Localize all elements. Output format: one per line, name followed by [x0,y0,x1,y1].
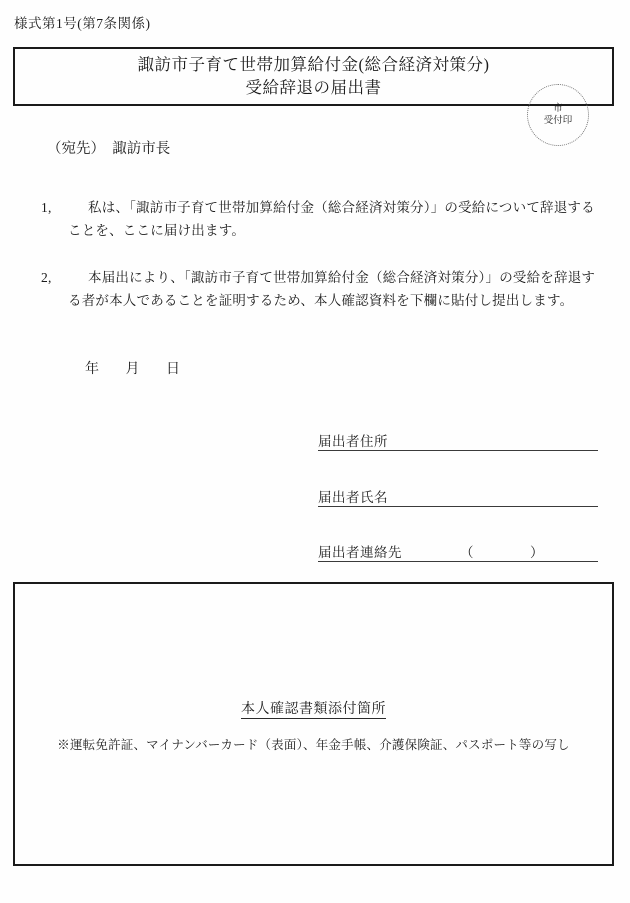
clause-1-number: 1, [41,196,52,219]
addressee-line: （宛先） 諏訪市長 [47,137,170,158]
date-year-label: 年 [85,362,99,377]
field-applicant-contact: 届出者連絡先 （ ） [318,544,598,562]
id-attachment-box: 本人確認書類添付箇所 ※運転免許証、マイナンバーカード（表面）、年金手帳、介護保… [13,582,614,866]
form-page: 様式第1号(第7条関係) 諏訪市子育て世帯加算給付金(総合経済対策分) 受給辞退… [0,0,630,903]
attachment-box-title: 本人確認書類添付箇所 [15,698,612,718]
field-applicant-contact-label: 届出者連絡先 [318,545,402,560]
field-applicant-address-label: 届出者住所 [318,434,388,449]
form-title-line2: 受給辞退の届出書 [15,76,612,99]
field-applicant-name: 届出者氏名 [318,489,598,507]
form-number: 様式第1号(第7条関係) [14,12,151,32]
field-applicant-contact-parens: （ ） [460,544,544,561]
field-applicant-name-label: 届出者氏名 [318,490,388,505]
clause-2: 2,本届出により、「諏訪市子育て世帯加算給付金（総合経済対策分）」の受給を辞退す… [68,266,608,312]
stamp-text-city: 市 [553,103,563,116]
receipt-stamp-circle: 市 受付印 [527,84,589,146]
form-title-line1: 諏訪市子育て世帯加算給付金(総合経済対策分) [15,53,612,76]
attachment-box-note: ※運転免許証、マイナンバーカード（表面）、年金手帳、介護保険証、パスポート等の写… [15,735,612,753]
field-applicant-address: 届出者住所 [318,433,598,451]
date-line: 年 月 日 [85,358,180,378]
clause-2-number: 2, [41,266,52,289]
clause-1-text: 私は、「諏訪市子育て世帯加算給付金（総合経済対策分）」の受給について辞退すること… [68,200,595,238]
clause-1: 1,私は、「諏訪市子育て世帯加算給付金（総合経済対策分）」の受給について辞退する… [68,196,608,242]
date-month-label: 月 [126,362,140,377]
clause-2-text: 本届出により、「諏訪市子育て世帯加算給付金（総合経済対策分）」の受給を辞退する者… [68,270,595,308]
title-box: 諏訪市子育て世帯加算給付金(総合経済対策分) 受給辞退の届出書 [13,47,614,106]
stamp-text-receipt: 受付印 [544,115,573,128]
date-day-label: 日 [166,362,180,377]
